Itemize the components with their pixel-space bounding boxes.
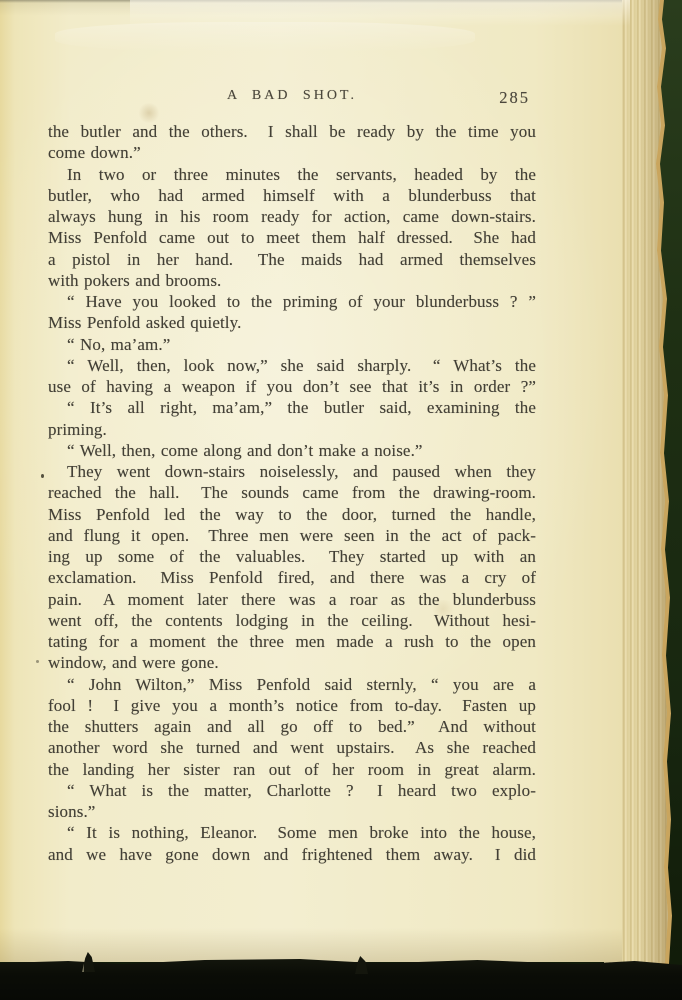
text-line: and flung it open. Three men were seen i… [48, 525, 536, 546]
page-text-block: the butler and the others. I shall be re… [48, 121, 536, 865]
scan-bottom-band [0, 956, 682, 1000]
text-line: with pokers and brooms. [48, 270, 536, 291]
text-line: “ Well, then, come along and don’t make … [48, 440, 536, 461]
text-line: window, and were gone. [48, 652, 536, 673]
text-line: tating for a moment the three men made a… [48, 631, 536, 652]
text-line: “ Have you looked to the priming of your… [48, 291, 536, 312]
text-line: another word she turned and went upstair… [48, 737, 536, 758]
text-line: “ Well, then, look now,” she said sharpl… [48, 355, 536, 376]
book-page: A BAD SHOT. 285 the butler and the other… [0, 0, 622, 962]
scan-light-streak [55, 22, 475, 52]
text-line: sions.” [48, 801, 536, 822]
text-line: “ No, ma’am.” [48, 334, 536, 355]
text-line: “ It’s all right, ma’am,” the butler sai… [48, 397, 536, 418]
running-title: A BAD SHOT. [48, 88, 536, 104]
text-line: went off, the contents lodging in the ce… [48, 610, 536, 631]
text-line: the butler and the others. I shall be re… [48, 121, 536, 142]
page-number: 285 [499, 88, 530, 108]
text-line: “ It is nothing, Eleanor. Some men broke… [48, 822, 536, 843]
text-line: “ John Wilton,” Miss Penfold said sternl… [48, 674, 536, 695]
ink-speck [36, 660, 39, 663]
text-line: “ What is the matter, Charlotte ? I hear… [48, 780, 536, 801]
text-line: pain. A moment later there was a roar as… [48, 589, 536, 610]
text-line: Miss Penfold asked quietly. [48, 312, 536, 333]
text-line: Miss Penfold led the way to the door, tu… [48, 504, 536, 525]
text-line: fool ! I give you a month’s notice from … [48, 695, 536, 716]
text-line: butler, who had armed himself with a blu… [48, 185, 536, 206]
scanned-book-photo: A BAD SHOT. 285 the butler and the other… [0, 0, 682, 1000]
text-line: They went down-stairs noiselessly, and p… [48, 461, 536, 482]
text-line: the landing her sister ran out of her ro… [48, 759, 536, 780]
page-header: A BAD SHOT. 285 [48, 88, 536, 108]
text-line: use of having a weapon if you don’t see … [48, 376, 536, 397]
ink-speck [41, 474, 44, 478]
text-line: always hung in his room ready for action… [48, 206, 536, 227]
text-line: reached the hall. The sounds came from t… [48, 482, 536, 503]
text-line: Miss Penfold came out to meet them half … [48, 227, 536, 248]
text-line: and we have gone down and frightened the… [48, 844, 536, 865]
text-line: In two or three minutes the servants, he… [48, 164, 536, 185]
text-line: ing up some of the valuables. They start… [48, 546, 536, 567]
text-line: priming. [48, 419, 536, 440]
text-line: the shutters again and all go off to bed… [48, 716, 536, 737]
text-line: exclamation. Miss Penfold fired, and the… [48, 567, 536, 588]
text-line: a pistol in her hand. The maids had arme… [48, 249, 536, 270]
text-line: come down.” [48, 142, 536, 163]
